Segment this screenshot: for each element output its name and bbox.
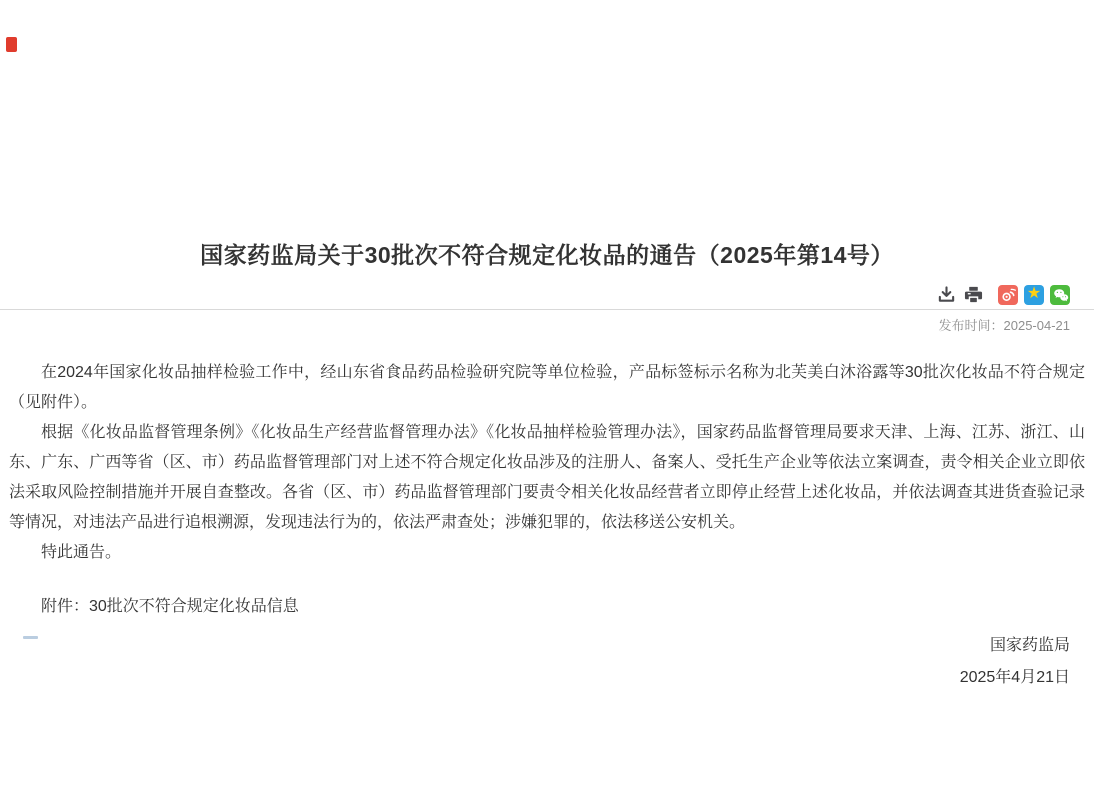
notice-page: 国家药监局关于30批次不符合规定化妆品的通告（2025年第14号） — [0, 0, 1094, 810]
attachment-link[interactable]: 附件：30批次不符合规定化妆品信息 — [9, 592, 1085, 622]
print-icon[interactable] — [963, 284, 984, 305]
publish-time-label: 发布时间： — [938, 318, 1003, 333]
clipped-red-widget — [6, 37, 17, 52]
notice-body: 在2024年国家化妆品抽样检验工作中，经山东省食品药品检验研究院等单位检验，产品… — [0, 358, 1094, 694]
publish-time: 发布时间：2025-04-21 — [0, 317, 1094, 335]
download-icon[interactable] — [936, 284, 957, 305]
divider-line — [0, 309, 1094, 310]
paragraph-3: 特此通告。 — [9, 538, 1085, 568]
qzone-share-icon[interactable]: ★ — [1024, 285, 1044, 305]
qzone-star-glyph: ★ — [1027, 286, 1041, 302]
publish-time-value: 2025-04-21 — [1004, 318, 1071, 333]
toolbar: ★ — [0, 284, 1094, 305]
page-title: 国家药监局关于30批次不符合规定化妆品的通告（2025年第14号） — [0, 0, 1094, 270]
signature-agency: 国家药监局 — [9, 630, 1085, 662]
wechat-share-icon[interactable] — [1050, 285, 1070, 305]
signature-date: 2025年4月21日 — [9, 662, 1085, 694]
paragraph-2: 根据《化妆品监督管理条例》《化妆品生产经营监督管理办法》《化妆品抽样检验管理办法… — [9, 418, 1085, 538]
paragraph-1: 在2024年国家化妆品抽样检验工作中，经山东省食品药品检验研究院等单位检验，产品… — [9, 358, 1085, 418]
clipped-blue-dash — [23, 636, 38, 639]
weibo-share-icon[interactable] — [998, 285, 1018, 305]
